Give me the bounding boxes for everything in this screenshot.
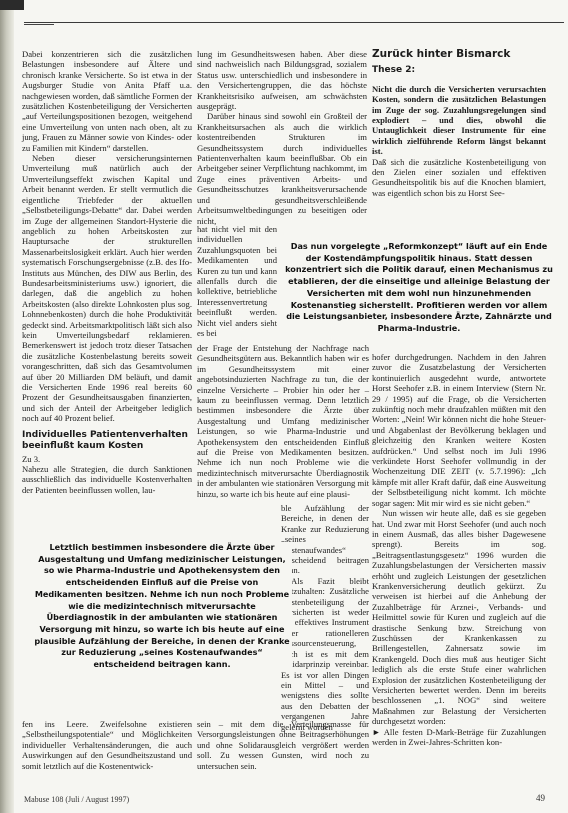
section-title: Zurück hinter Bismarck — [372, 49, 546, 59]
paragraph: hofer durchgedrungen. Nachdem in den Jah… — [372, 352, 546, 508]
paragraph: Nahezu alle Strategien, die durch Sankti… — [22, 464, 192, 495]
paragraph: hat nicht viel mit den individuellen Zuz… — [197, 224, 277, 338]
column-2: lung im Gesundheitswesen haben. Aber die… — [197, 49, 367, 226]
paragraph: Zu 3. — [22, 454, 192, 464]
column-2-right-narrow: ble Aufzählung der Bereiche, in denen de… — [281, 503, 369, 732]
paragraph: ble Aufzählung der Bereiche, in denen de… — [281, 503, 369, 576]
thesis-label: These 2: — [372, 65, 546, 75]
pull-quote-1: Das nun vorgelegte „Reformkonzept“ läuft… — [283, 241, 555, 335]
column-3-lower: hofer durchgedrungen. Nachdem in den Jah… — [372, 352, 546, 747]
column-2-lower: der Frage der Entstehung der Nachfrage n… — [197, 343, 369, 499]
column-1: Dabei konzentrieren sich die zusätzliche… — [22, 49, 192, 495]
book-spine-shadow — [0, 0, 14, 813]
header-rule-accent — [24, 24, 54, 25]
paragraph: Dabei konzentrieren sich die zusätzliche… — [22, 49, 192, 153]
column-3: Zurück hinter Bismarck These 2: Nicht di… — [372, 49, 546, 198]
paragraph: Daß sich die zusätzliche Kostenbeteiligu… — [372, 157, 546, 199]
bullet-paragraph: ► Alle festen D-Mark-Beträge für Zuzahlu… — [372, 727, 546, 748]
header-rule — [24, 22, 564, 23]
paragraph: Nun wissen wir heute alle, daß es sie ge… — [372, 508, 546, 727]
page-number: 49 — [536, 793, 545, 803]
paragraph: Darüber hinaus sind sowohl ein Großteil … — [197, 111, 367, 225]
column-2-narrow-block: hat nicht viel mit den individuellen Zuz… — [197, 224, 277, 338]
thesis-text: Nicht die durch die Versicherten verursa… — [372, 84, 546, 157]
paragraph: fen ins Leere. Zweifelsohne existieren „… — [22, 719, 192, 771]
paragraph: sein – mit dem die Verteilungsmasse für … — [197, 719, 369, 771]
subheading: Individuelles Patientenverhalten beeinfl… — [22, 430, 192, 452]
paragraph: lung im Gesundheitswesen haben. Aber die… — [197, 49, 367, 111]
paragraph: der Frage der Entstehung der Nachfrage n… — [197, 343, 369, 499]
footer-source: Mabuse 108 (Juli / August 1997) — [24, 795, 129, 804]
paragraph: Neben dieser versicherungsinternen Umver… — [22, 153, 192, 424]
binding-mark — [0, 0, 24, 10]
pull-quote-2: Letztlich bestimmen insbesondere die Ärz… — [32, 542, 292, 671]
paragraph: Als Fazit bleibt festzuhalten: Zusätzlic… — [281, 576, 369, 732]
column-2-tail: sein – mit dem die Verteilungsmasse für … — [197, 719, 369, 771]
column-1-tail: fen ins Leere. Zweifelsohne existieren „… — [22, 719, 192, 771]
